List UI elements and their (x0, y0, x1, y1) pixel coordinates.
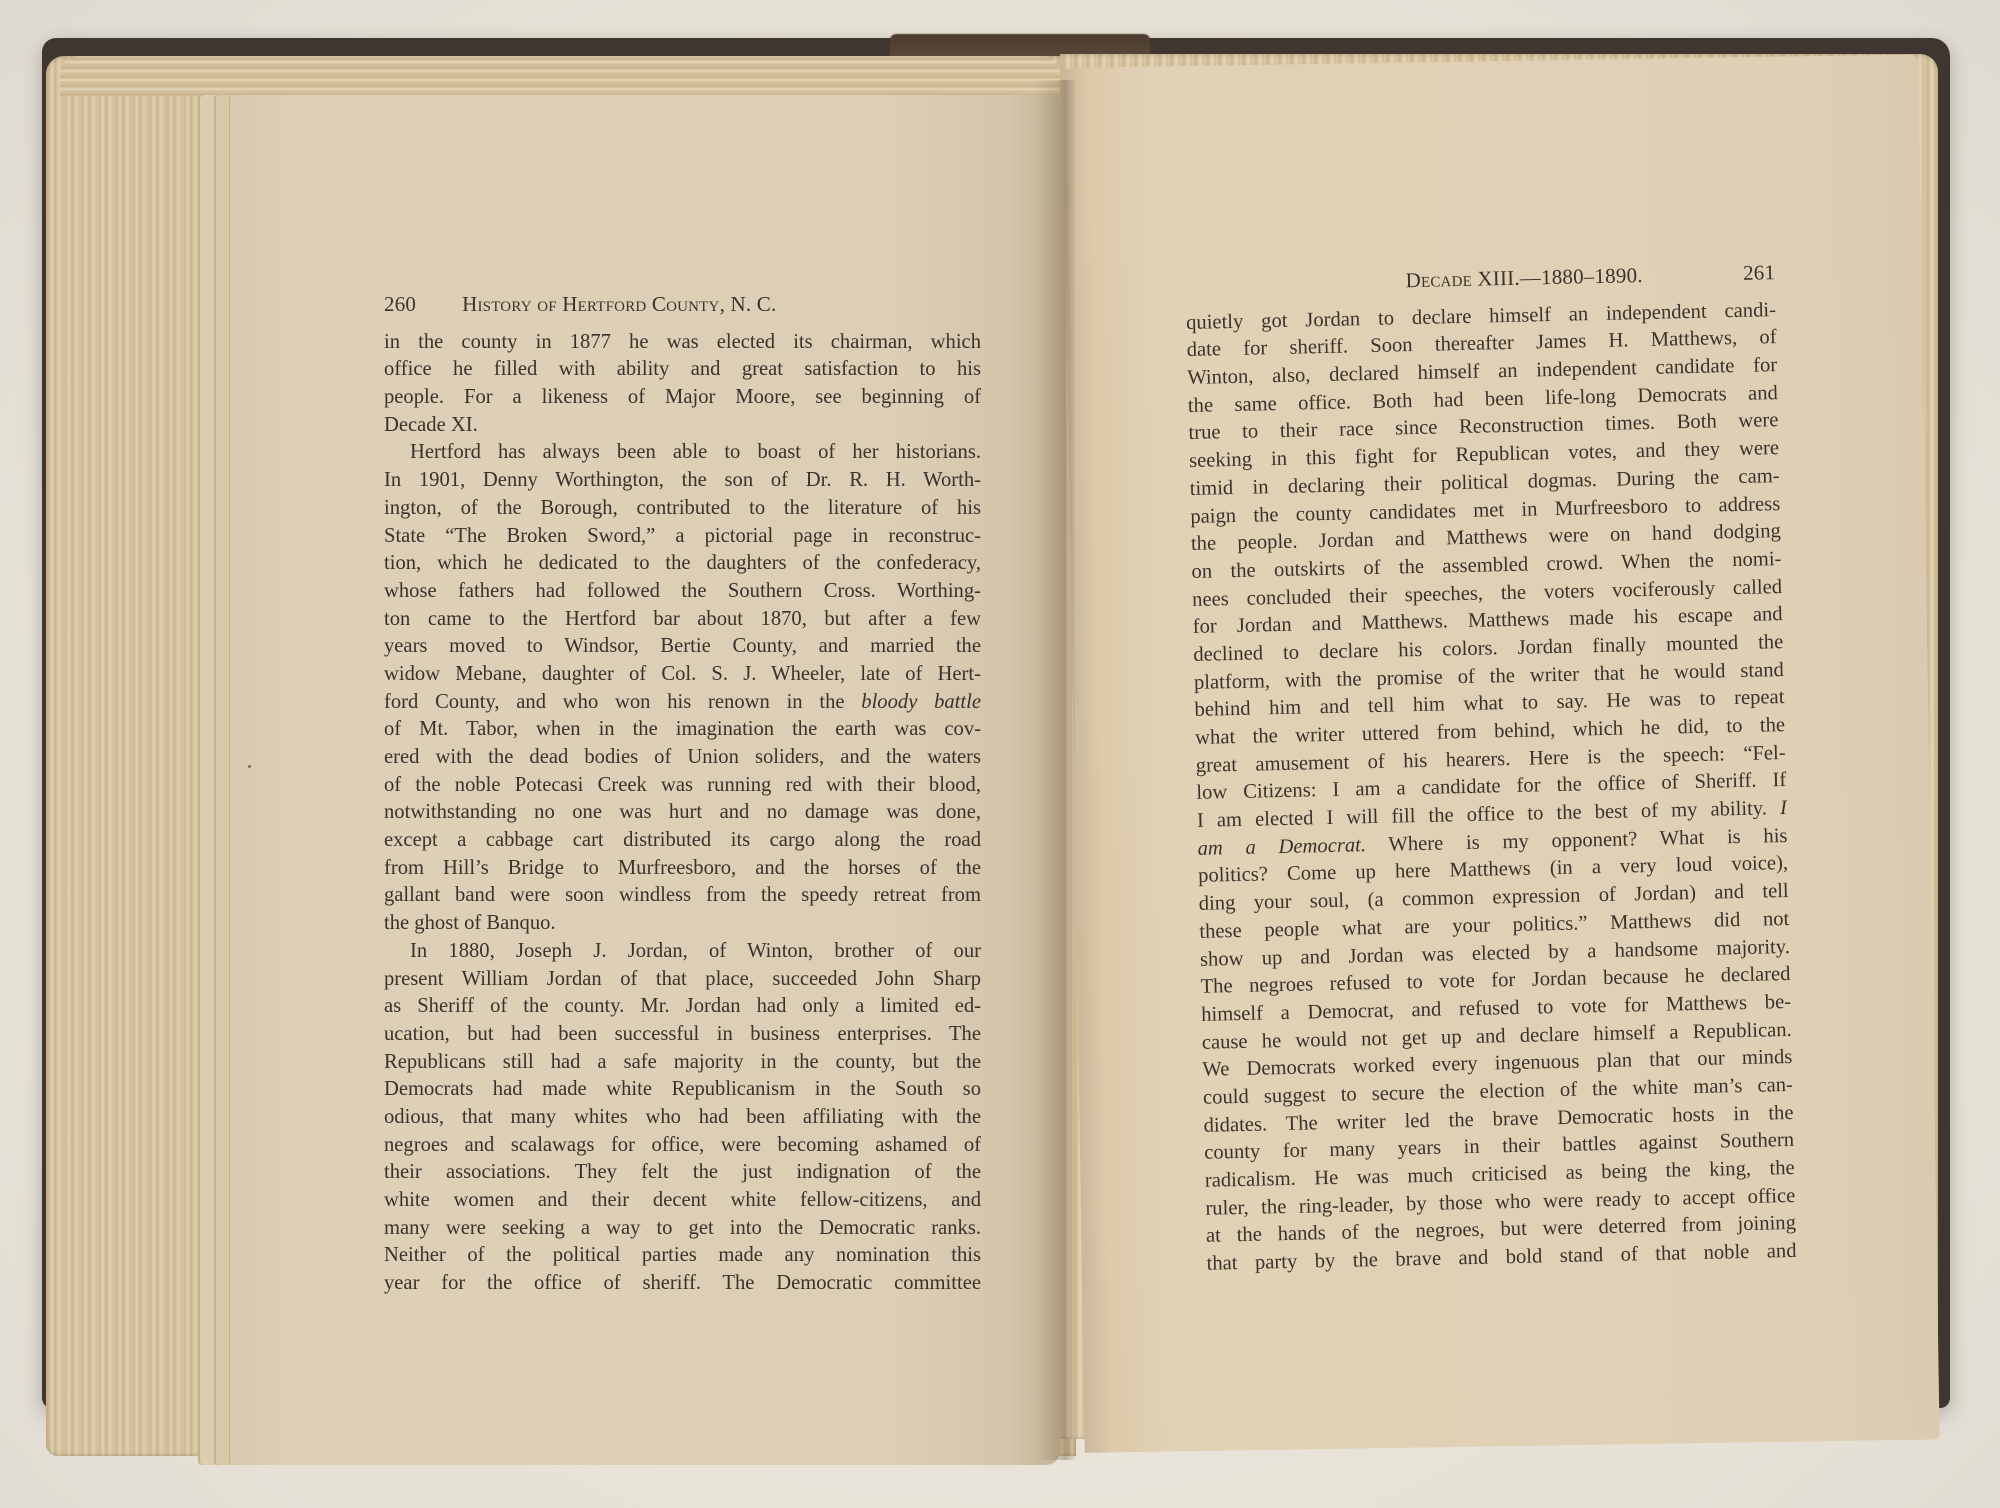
left-running-head: 260 History of Hertford County, N. C. (384, 291, 981, 319)
text-line: gallant band were soon windless from the… (384, 882, 981, 910)
text-line: tion, which he dedicated to the daughter… (384, 550, 981, 578)
text-line: In 1880, Joseph J. Jordan, of Winton, br… (384, 938, 981, 966)
text-line: the ghost of Banquo. (384, 910, 981, 938)
text-line: Hertford has always been able to boast o… (384, 439, 981, 467)
text-line: negroes and scalawags for office, were b… (384, 1132, 981, 1160)
left-page-text: 260 History of Hertford County, N. C. in… (384, 291, 981, 1298)
text-line: ton came to the Hertford bar about 1870,… (384, 606, 981, 634)
text-line: in the county in 1877 he was elected its… (384, 329, 981, 357)
text-line: notwithstanding no one was hurt and no d… (384, 799, 981, 827)
text-line: ford County, and who won his renown in t… (384, 689, 981, 717)
text-line: Decade XI. (384, 412, 981, 440)
text-line: of Mt. Tabor, when in the imagination th… (384, 716, 981, 744)
right-page-number: 261 (1743, 259, 1776, 287)
text-line: from Hill’s Bridge to Murfreesboro, and … (384, 855, 981, 883)
left-page-body: in the county in 1877 he was elected its… (384, 329, 981, 1298)
text-line: people. For a likeness of Major Moore, s… (384, 384, 981, 412)
text-line: whose fathers had followed the Southern … (384, 578, 981, 606)
text-line: as Sheriff of the county. Mr. Jordan had… (384, 993, 981, 1021)
text-line: ington, of the Borough, contributed to t… (384, 495, 981, 523)
text-line: many were seeking a way to get into the … (384, 1215, 981, 1243)
text-line: Democrats had made white Republicanism i… (384, 1076, 981, 1104)
text-line: widow Mebane, daughter of Col. S. J. Whe… (384, 661, 981, 689)
left-page-number: 260 (384, 291, 416, 319)
book-gutter (1035, 80, 1075, 1460)
text-line: Neither of the political parties made an… (384, 1242, 981, 1270)
right-page-text: Decade XIII.—1880–1890. 261 quietly got … (1185, 259, 1797, 1278)
text-line: odious, that many whites who had been af… (384, 1104, 981, 1132)
paper-speck (248, 765, 251, 768)
left-running-head-title: History of Hertford County, N. C. (416, 291, 981, 319)
text-line: year for the office of sheriff. The Demo… (384, 1270, 981, 1298)
text-line: white women and their decent white fello… (384, 1187, 981, 1215)
text-line: their associations. They felt the just i… (384, 1159, 981, 1187)
left-page-stack-top-edge (60, 56, 1060, 96)
text-line: of the noble Potecasi Creek was running … (384, 772, 981, 800)
right-page-body: quietly got Jordan to declare himself an… (1186, 297, 1797, 1279)
text-line: office he filled with ability and great … (384, 356, 981, 384)
text-line: State “The Broken Sword,” a pictorial pa… (384, 523, 981, 551)
text-line: Republicans still had a safe majority in… (384, 1049, 981, 1077)
text-line: present William Jordan of that place, su… (384, 966, 981, 994)
text-line: ered with the dead bodies of Union solid… (384, 744, 981, 772)
text-line: In 1901, Denny Worthington, the son of D… (384, 467, 981, 495)
text-line: ucation, but had been successful in busi… (384, 1021, 981, 1049)
text-line: years moved to Windsor, Bertie County, a… (384, 633, 981, 661)
text-line: except a cabbage cart distributed its ca… (384, 827, 981, 855)
